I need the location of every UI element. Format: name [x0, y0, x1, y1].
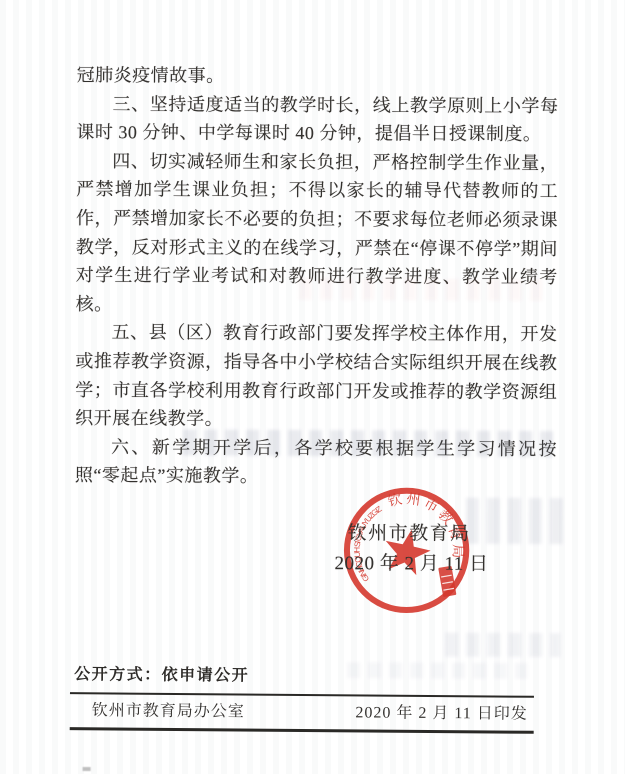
bleed-through-artifact [445, 633, 560, 658]
document-footer: 公开方式：依申请公开 钦州市教育局办公室 2020 年 2 月 11 日印发 [70, 661, 535, 733]
paragraph-item-4: 四、切实减轻师生和家长负担，严格控制学生作业量，严禁增加学生课业负担；不得以家长… [76, 147, 559, 321]
signature-agency: 钦州市教育局 [348, 518, 471, 546]
bleed-through-artifact [466, 498, 571, 544]
paragraph-item-6: 六、新学期开学后，各学校要根据学生学习情况按照“零起点”实施教学。 [75, 433, 557, 492]
document-body: 冠肺炎疫情故事。 三、坚持适度适当的教学时长，线上教学原则上小学每课时 30 分… [75, 61, 559, 492]
footer-rule-bottom [70, 727, 534, 733]
footer-print-date: 2020 年 2 月 11 日印发 [355, 699, 528, 723]
document-sheet: 冠肺炎疫情故事。 三、坚持适度适当的教学时长，线上教学原则上小学每课时 30 分… [0, 0, 625, 774]
signature-date: 2020 年 2 月 11 日 [334, 548, 488, 576]
paragraph-continuation: 冠肺炎疫情故事。 [77, 61, 559, 92]
paragraph-item-3: 三、坚持适度适当的教学时长，线上教学原则上小学每课时 30 分钟、中学每课时 4… [76, 90, 558, 149]
scanned-document-page: 冠肺炎疫情故事。 三、坚持适度适当的教学时长，线上教学原则上小学每课时 30 分… [0, 0, 625, 774]
footer-issuer: 钦州市教育局办公室 [92, 697, 245, 721]
paragraph-item-5: 五、县（区）教育行政部门要发挥学校主体作用，开发或推荐教学资源，指导各中小学校结… [75, 318, 557, 434]
scan-speck-artifact [83, 767, 91, 771]
footer-issuer-row: 钦州市教育局办公室 2020 年 2 月 11 日印发 [70, 694, 534, 726]
disclosure-method-line: 公开方式：依申请公开 [74, 661, 534, 688]
